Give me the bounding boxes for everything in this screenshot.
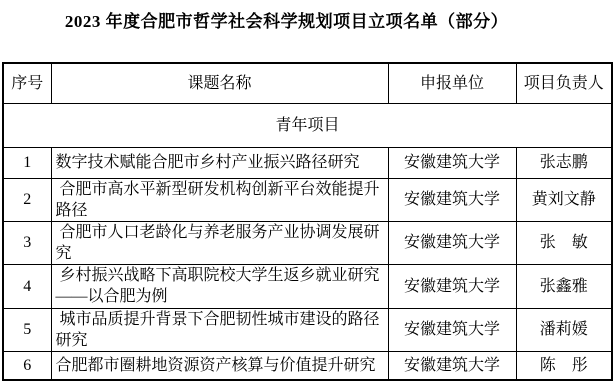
table-row: 1 数字技术赋能合肥市乡村产业振兴路径研究 安徽建筑大学 张志鹏 (3, 147, 612, 178)
project-title-cell: 城市品质提升背景下合肥韧性城市建设的路径研究 (51, 308, 388, 351)
row-number-cell: 5 (3, 308, 51, 351)
organization-cell: 安徽建筑大学 (388, 351, 516, 380)
row-number-cell: 3 (3, 221, 51, 264)
row-number-cell: 1 (3, 147, 51, 178)
table-row: 5 城市品质提升背景下合肥韧性城市建设的路径研究 安徽建筑大学 潘莉媛 (3, 308, 612, 351)
table-row: 4 乡村振兴战略下高职院校大学生返乡就业研究——以合肥为例 安徽建筑大学 张鑫雅 (3, 264, 612, 308)
table-row: 3 合肥市人口老龄化与养老服务产业协调发展研究 安徽建筑大学 张 敏 (3, 221, 612, 264)
row-number-cell: 6 (3, 351, 51, 380)
group-label: 青年项目 (3, 103, 612, 147)
document-page: 2023 年度合肥市哲学社会科学规划项目立项名单（部分） 序号 课题名称 申报单… (0, 0, 615, 382)
project-title-cell: 合肥都市圈耕地资源资产核算与价值提升研究 (51, 351, 388, 380)
project-title-cell: 合肥市高水平新型研发机构创新平台效能提升路径 (51, 178, 388, 221)
organization-cell: 安徽建筑大学 (388, 178, 516, 221)
project-title-cell: 合肥市人口老龄化与养老服务产业协调发展研究 (51, 221, 388, 264)
organization-cell: 安徽建筑大学 (388, 221, 516, 264)
organization-cell: 安徽建筑大学 (388, 147, 516, 178)
column-header-no: 序号 (3, 63, 51, 103)
leader-cell: 张鑫雅 (516, 264, 612, 308)
column-header-org: 申报单位 (388, 63, 516, 103)
leader-cell: 黄刘文静 (516, 178, 612, 221)
organization-cell: 安徽建筑大学 (388, 264, 516, 308)
table-row: 2 合肥市高水平新型研发机构创新平台效能提升路径 安徽建筑大学 黄刘文静 (3, 178, 612, 221)
project-title-cell: 数字技术赋能合肥市乡村产业振兴路径研究 (51, 147, 388, 178)
leader-cell: 张 敏 (516, 221, 612, 264)
column-header-leader: 项目负责人 (516, 63, 612, 103)
projects-table: 序号 课题名称 申报单位 项目负责人 青年项目 1 数字技术赋能合肥市乡村产业振… (2, 62, 613, 381)
column-header-title: 课题名称 (51, 63, 388, 103)
leader-cell: 陈 彤 (516, 351, 612, 380)
table-header-row: 序号 课题名称 申报单位 项目负责人 (3, 63, 612, 103)
row-number-cell: 4 (3, 264, 51, 308)
page-title: 2023 年度合肥市哲学社会科学规划项目立项名单（部分） (0, 7, 615, 32)
leader-cell: 张志鹏 (516, 147, 612, 178)
row-number-cell: 2 (3, 178, 51, 221)
leader-cell: 潘莉媛 (516, 308, 612, 351)
organization-cell: 安徽建筑大学 (388, 308, 516, 351)
group-header-row: 青年项目 (3, 103, 612, 147)
table-row: 6 合肥都市圈耕地资源资产核算与价值提升研究 安徽建筑大学 陈 彤 (3, 351, 612, 380)
project-title-cell: 乡村振兴战略下高职院校大学生返乡就业研究——以合肥为例 (51, 264, 388, 308)
